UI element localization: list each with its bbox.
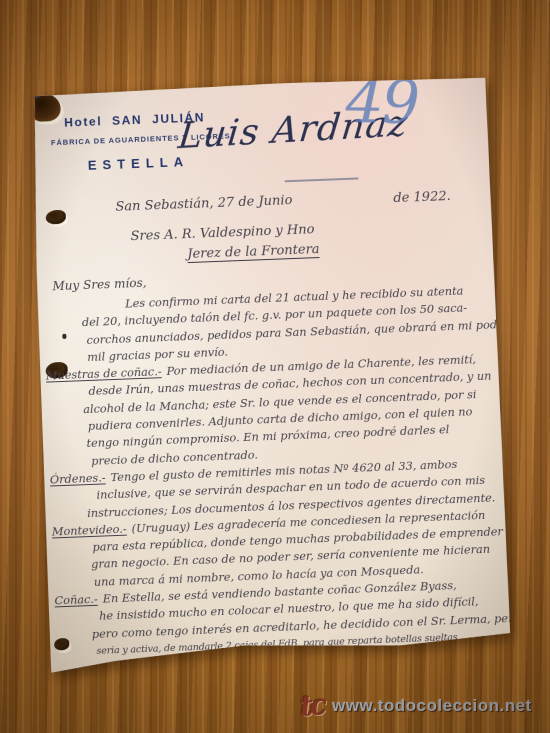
letter-body: Les confirmo mi carta del 21 actual y he… bbox=[37, 281, 509, 679]
letter-paper-surface: Hotel SAN JULIÁN FÁBRICA DE AGUARDIENTES… bbox=[29, 75, 511, 672]
blue-pencil-number: 49 bbox=[345, 67, 418, 138]
salutation: Muy Sres míos, bbox=[52, 276, 147, 294]
recipient-name: Sres A. R. Valdespino y Hno bbox=[130, 222, 314, 244]
recipient-city: Jerez de la Frontera bbox=[187, 242, 320, 263]
dateline-place: San Sebastián, 27 de Junio bbox=[115, 193, 292, 215]
photo-background: Hotel SAN JULIÁN FÁBRICA DE AGUARDIENTES… bbox=[0, 0, 550, 733]
watermark-url: www.todocoleccion.net bbox=[332, 696, 532, 716]
dateline-year: de 1922. bbox=[393, 189, 451, 206]
signature-underline bbox=[285, 177, 359, 181]
letterhead-city: ESTELLA bbox=[88, 154, 190, 173]
watermark: tc www.todocoleccion.net bbox=[300, 692, 532, 720]
todocoleccion-logo-icon: tc bbox=[299, 691, 325, 721]
letter-paper: Hotel SAN JULIÁN FÁBRICA DE AGUARDIENTES… bbox=[29, 75, 511, 672]
letterhead-rule bbox=[29, 92, 45, 95]
punch-hole bbox=[46, 210, 67, 225]
brand-signature-script: Luis Ardnaz bbox=[176, 98, 501, 157]
